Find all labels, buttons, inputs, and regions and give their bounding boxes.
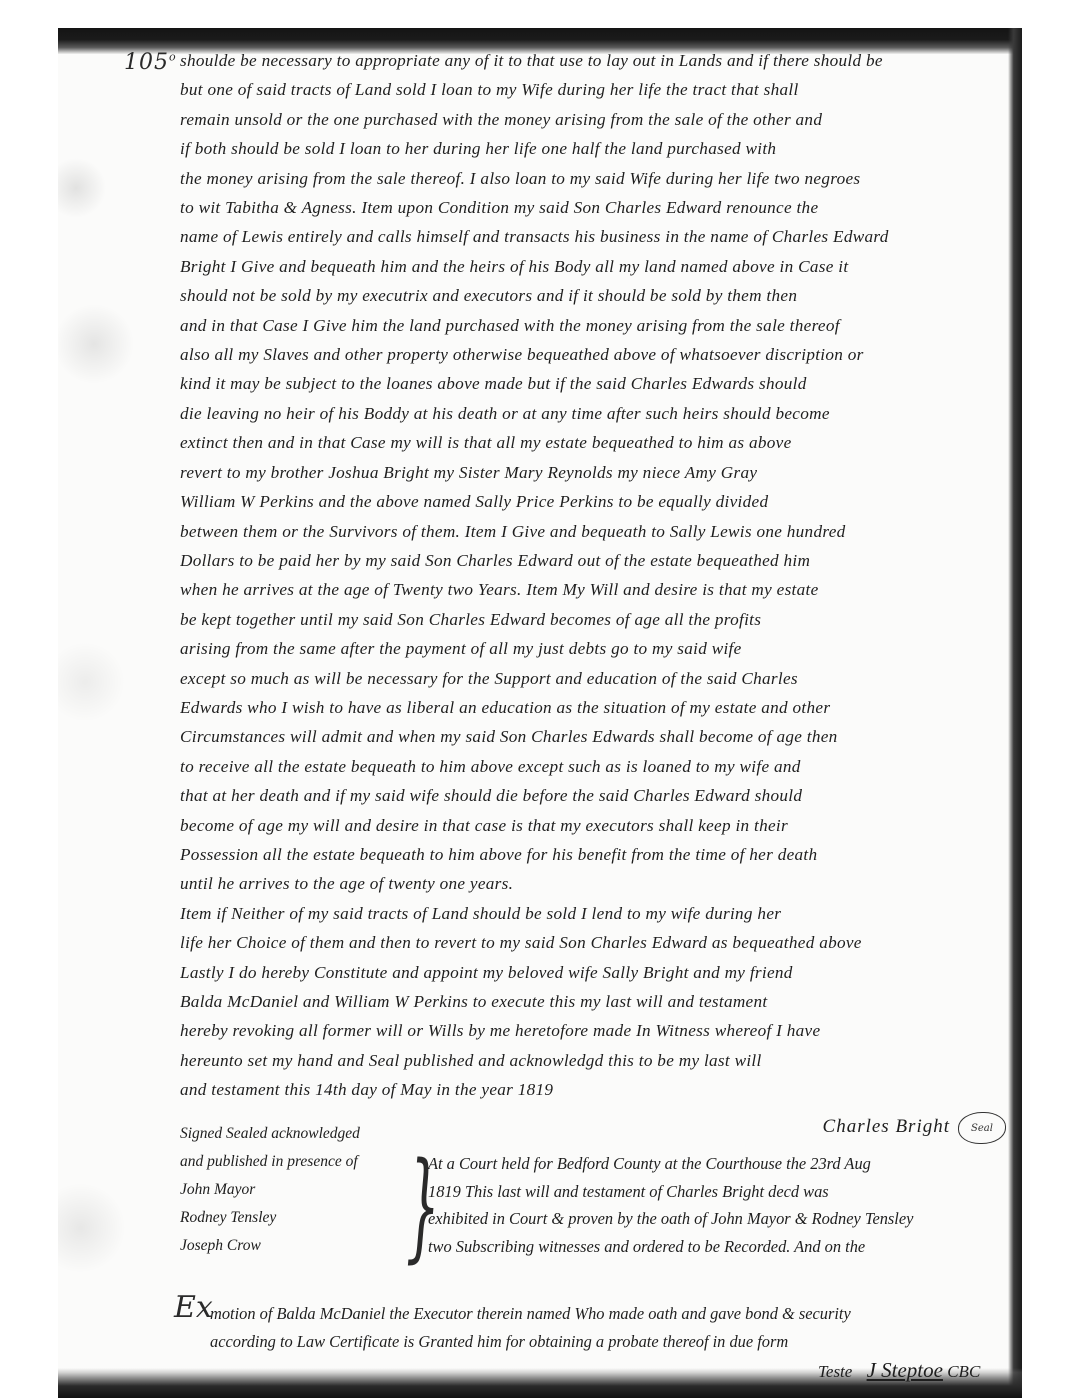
- probate-line: exhibited in Court & proven by the oath …: [428, 1205, 1010, 1233]
- scan-left-speckle: [58, 58, 148, 1358]
- signature-block: Signed Sealed acknowledged and published…: [180, 1120, 1010, 1300]
- clerk-attestation: Teste J Steptoe CBC: [818, 1358, 980, 1383]
- probate-record: At a Court held for Bedford County at th…: [428, 1150, 1010, 1260]
- folio-number-text: 105: [124, 50, 169, 75]
- body-line: kind it may be subject to the loanes abo…: [180, 369, 1010, 398]
- body-line: but one of said tracts of Land sold I lo…: [180, 75, 1010, 104]
- body-line: except so much as will be necessary for …: [180, 664, 1010, 693]
- body-line: be kept together until my said Son Charl…: [180, 605, 1010, 634]
- body-line: if both should be sold I loan to her dur…: [180, 134, 1010, 163]
- teste-label: Teste: [818, 1362, 852, 1381]
- witness-header: Signed Sealed acknowledged: [180, 1120, 410, 1148]
- probate-line: motion of Balda McDaniel the Executor th…: [210, 1300, 1020, 1328]
- body-line: until he arrives to the age of twenty on…: [180, 869, 1010, 898]
- body-line: life her Choice of them and then to reve…: [180, 928, 1010, 957]
- body-line: become of age my will and desire in that…: [180, 811, 1010, 840]
- body-line: William W Perkins and the above named Sa…: [180, 487, 1010, 516]
- witness-name: Joseph Crow: [180, 1232, 410, 1260]
- body-line: that at her death and if my said wife sh…: [180, 781, 1010, 810]
- probate-continuation: motion of Balda McDaniel the Executor th…: [210, 1300, 1020, 1356]
- body-line: name of Lewis entirely and calls himself…: [180, 222, 1010, 251]
- witness-name: John Mayor: [180, 1176, 410, 1204]
- probate-line: two Subscribing witnesses and ordered to…: [428, 1233, 1010, 1261]
- body-line: hereby revoking all former will or Wills…: [180, 1016, 1010, 1045]
- testator-signature: Charles Bright: [823, 1116, 950, 1138]
- scan-right-edge: [1008, 28, 1022, 1398]
- body-line: also all my Slaves and other property ot…: [180, 340, 1010, 369]
- probate-line: 1819 This last will and testament of Cha…: [428, 1178, 1010, 1206]
- scanned-page: 105o shoulde be necessary to appropriate…: [58, 28, 1022, 1398]
- body-line: the money arising from the sale thereof.…: [180, 164, 1010, 193]
- witness-header: and published in presence of: [180, 1148, 410, 1176]
- will-body-text: shoulde be necessary to appropriate any …: [180, 46, 1010, 1105]
- witness-name: Rodney Tensley: [180, 1204, 410, 1232]
- body-line: Circumstances will admit and when my sai…: [180, 722, 1010, 751]
- body-line: and in that Case I Give him the land pur…: [180, 311, 1010, 340]
- clerk-title: CBC: [947, 1362, 980, 1381]
- witness-list: Signed Sealed acknowledged and published…: [180, 1120, 410, 1260]
- clerk-signature: J Steptoe: [867, 1358, 943, 1382]
- body-line: die leaving no heir of his Boddy at his …: [180, 399, 1010, 428]
- body-line: to wit Tabitha & Agness. Item upon Condi…: [180, 193, 1010, 222]
- body-line: Possession all the estate bequeath to hi…: [180, 840, 1010, 869]
- folio-number: 105o: [124, 50, 177, 75]
- seal-icon: Seal: [958, 1112, 1006, 1144]
- probate-line: according to Law Certificate is Granted …: [210, 1328, 1020, 1356]
- body-line: arising from the same after the payment …: [180, 634, 1010, 663]
- body-line: shoulde be necessary to appropriate any …: [180, 46, 1010, 75]
- execution-date-line: and testament this 14th day of May in th…: [180, 1075, 1010, 1104]
- body-line: when he arrives at the age of Twenty two…: [180, 575, 1010, 604]
- body-line: between them or the Survivors of them. I…: [180, 517, 1010, 546]
- body-line: to receive all the estate bequeath to hi…: [180, 752, 1010, 781]
- body-line: should not be sold by my executrix and e…: [180, 281, 1010, 310]
- body-line: revert to my brother Joshua Bright my Si…: [180, 458, 1010, 487]
- margin-flourish-mark: Ex: [174, 1290, 213, 1325]
- body-line: Edwards who I wish to have as liberal an…: [180, 693, 1010, 722]
- body-line: hereunto set my hand and Seal published …: [180, 1046, 1010, 1075]
- probate-line: At a Court held for Bedford County at th…: [428, 1150, 1010, 1178]
- body-line: Balda McDaniel and William W Perkins to …: [180, 987, 1010, 1016]
- body-line: Item if Neither of my said tracts of Lan…: [180, 899, 1010, 928]
- body-line: Bright I Give and bequeath him and the h…: [180, 252, 1010, 281]
- body-line: extinct then and in that Case my will is…: [180, 428, 1010, 457]
- body-line: remain unsold or the one purchased with …: [180, 105, 1010, 134]
- body-line: Lastly I do hereby Constitute and appoin…: [180, 958, 1010, 987]
- body-line: Dollars to be paid her by my said Son Ch…: [180, 546, 1010, 575]
